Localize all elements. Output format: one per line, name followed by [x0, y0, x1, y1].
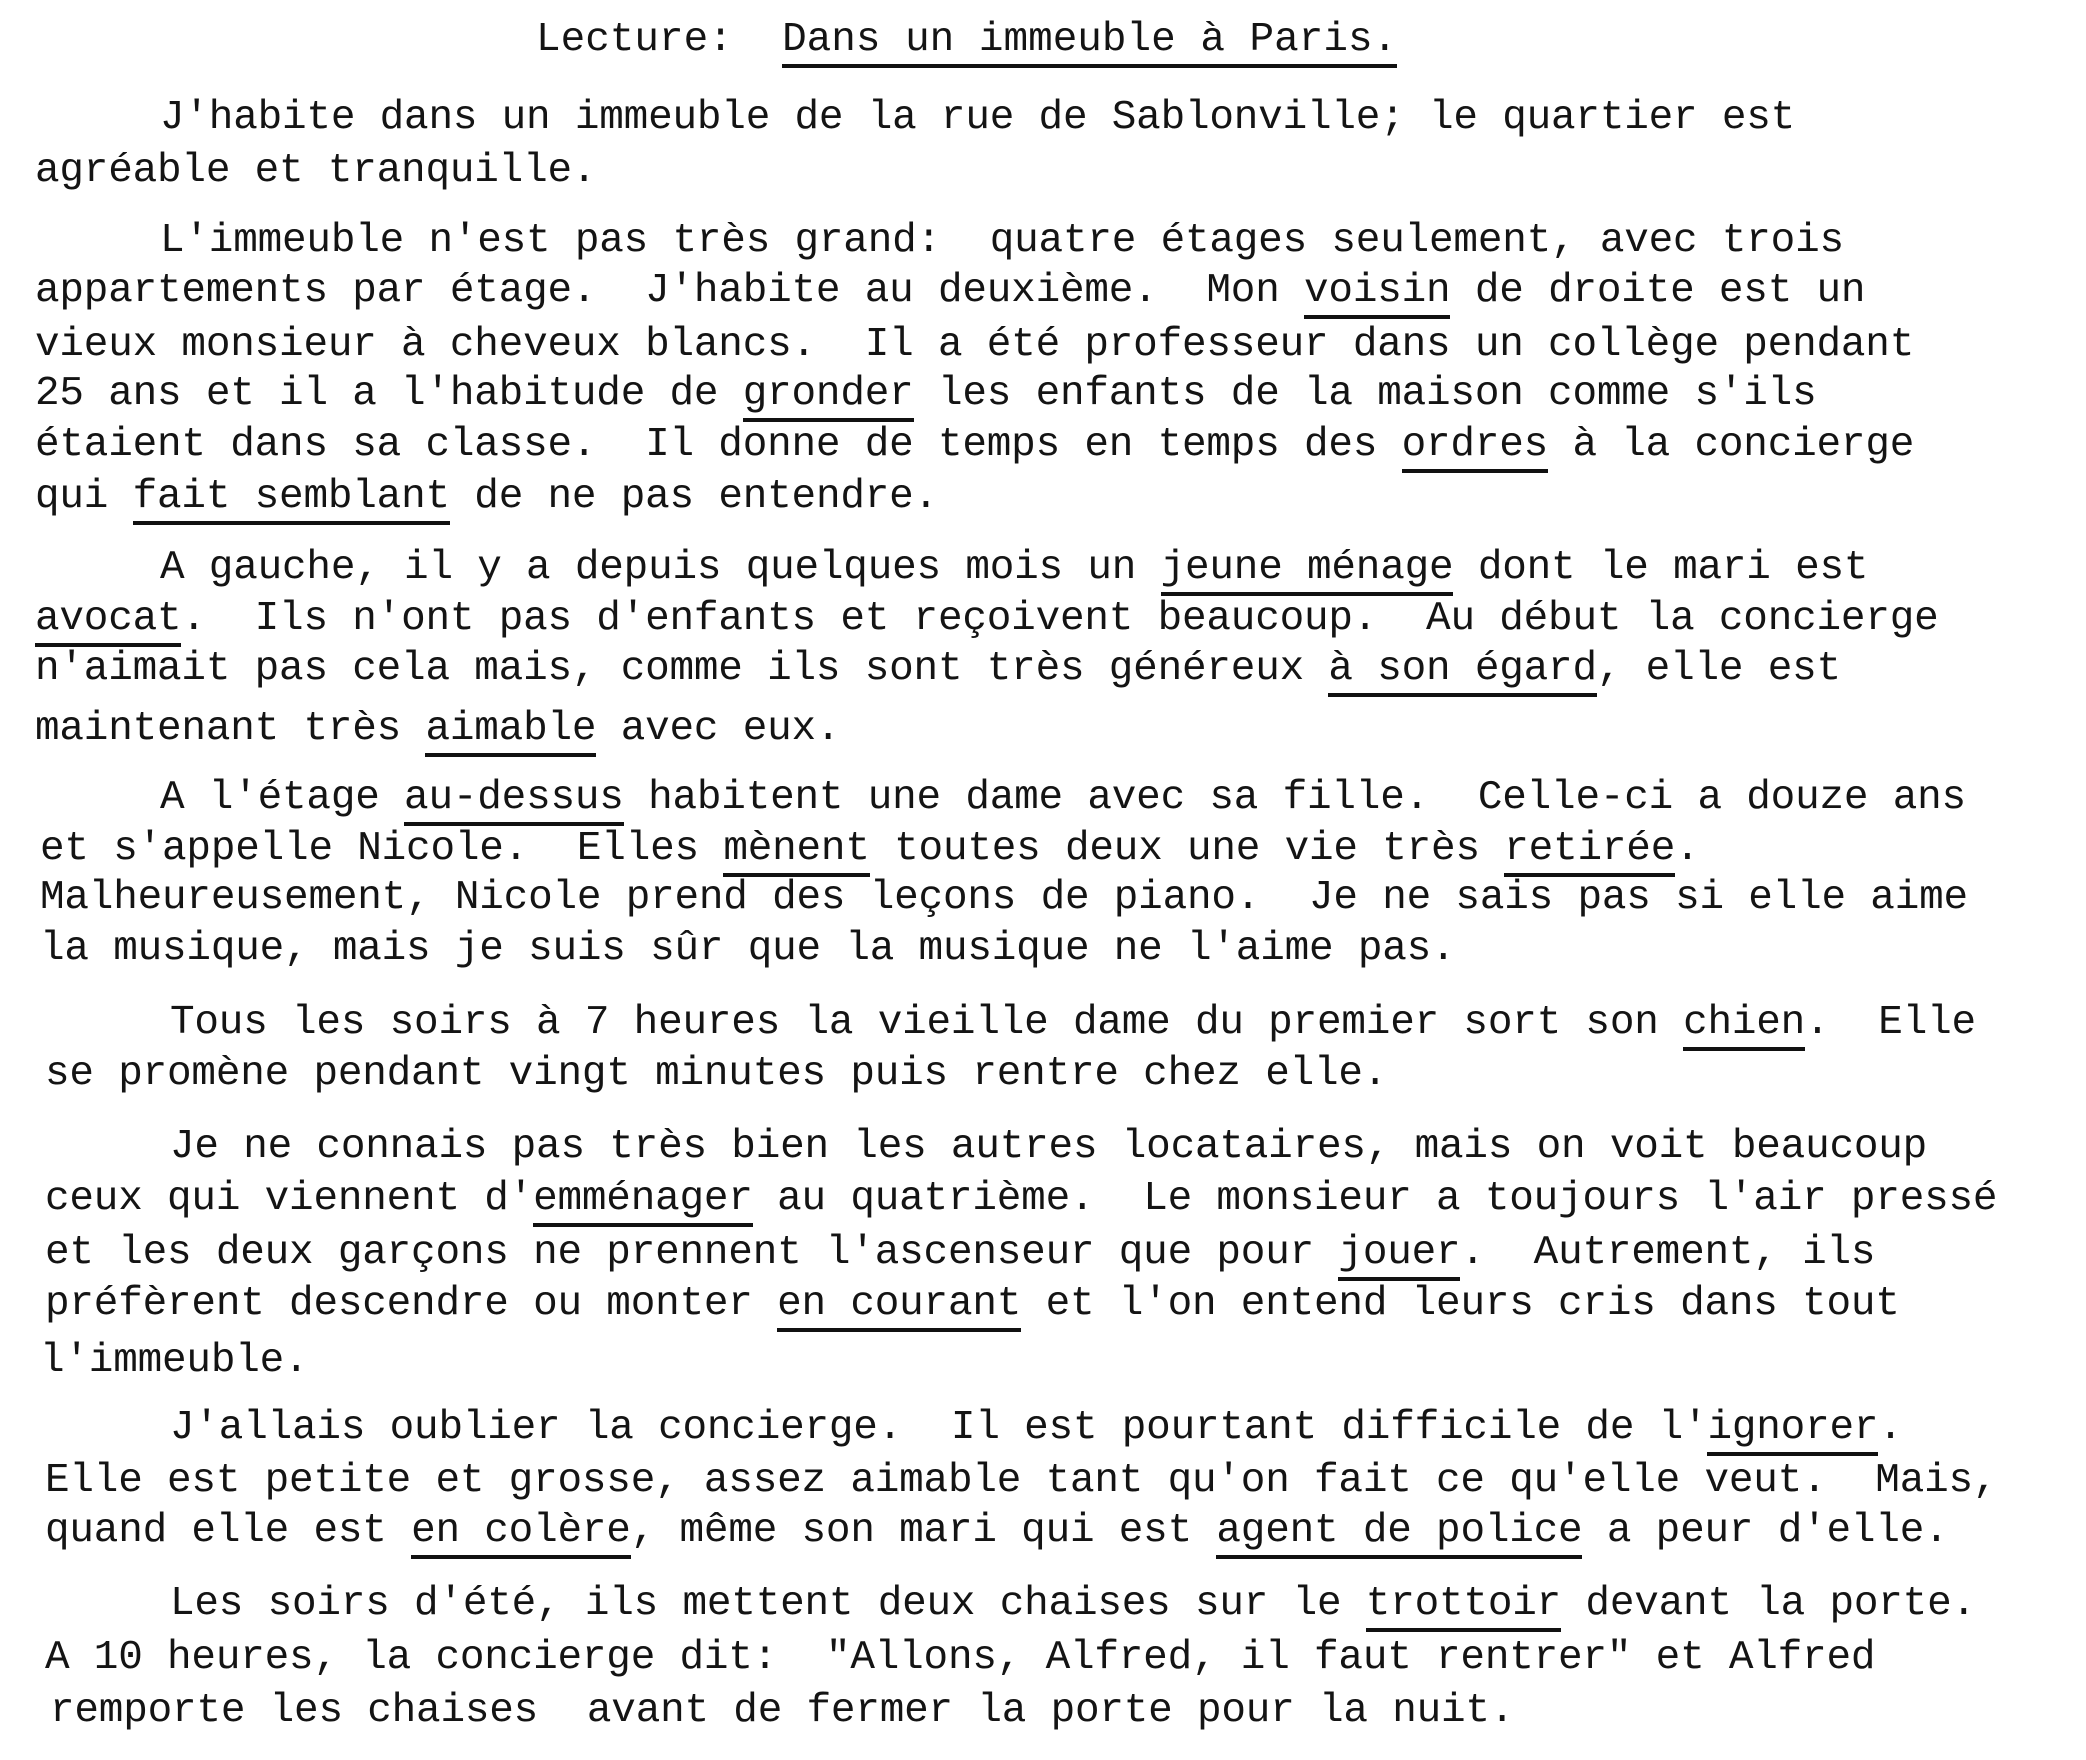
title-text: Dans un immeuble à Paris.: [782, 17, 1397, 68]
text-run: devant la porte.: [1561, 1581, 1976, 1627]
underlined-vocabulary-word: avocat: [35, 596, 181, 647]
text-run: vieux monsieur à cheveux blancs. Il a ét…: [35, 322, 1914, 368]
text-run: .: [1878, 1405, 1902, 1451]
text-run: se promène pendant vingt minutes puis re…: [45, 1051, 1387, 1097]
paragraph-line: et les deux garçons ne prennent l'ascens…: [45, 1228, 1875, 1278]
text-run: . Ils n'ont pas d'enfants et reçoivent b…: [181, 596, 1938, 642]
paragraph-line: ceux qui viennent d'emménager au quatriè…: [45, 1174, 1997, 1224]
paragraph-first-line: A gauche, il y a depuis quelques mois un…: [160, 543, 1868, 593]
paragraph-line: se promène pendant vingt minutes puis re…: [45, 1049, 1387, 1099]
text-run: remporte les chaises avant de fermer la …: [50, 1688, 1514, 1734]
paragraph-line: appartements par étage. J'habite au deux…: [35, 266, 1865, 316]
paragraph-first-line: L'immeuble n'est pas très grand: quatre …: [160, 216, 1844, 266]
text-run: maintenant très: [35, 706, 425, 752]
text-run: A l'étage: [160, 775, 404, 821]
underlined-vocabulary-word: en colère: [411, 1508, 631, 1559]
paragraph-first-line: Les soirs d'été, ils mettent deux chaise…: [170, 1579, 1976, 1629]
paragraph-first-line: J'allais oublier la concierge. Il est po…: [170, 1403, 1903, 1453]
paragraph-line: et s'appelle Nicole. Elles mènent toutes…: [40, 824, 1700, 874]
underlined-vocabulary-word: emménager: [533, 1176, 753, 1227]
paragraph-line: n'aimait pas cela mais, comme ils sont t…: [35, 644, 1841, 694]
underlined-vocabulary-word: mènent: [723, 826, 869, 877]
text-run: A 10 heures, la concierge dit: "Allons, …: [45, 1635, 1875, 1681]
underlined-vocabulary-word: voisin: [1304, 268, 1450, 319]
text-run: la musique, mais je suis sûr que la musi…: [40, 926, 1455, 972]
title-label: Lecture:: [536, 17, 733, 63]
underlined-vocabulary-word: chien: [1683, 1000, 1805, 1051]
paragraph-line: préfèrent descendre ou monter en courant…: [45, 1279, 1900, 1329]
text-run: de ne pas entendre.: [450, 474, 938, 520]
paragraph-line: 25 ans et il a l'habitude de gronder les…: [35, 369, 1817, 419]
underlined-vocabulary-word: jeune ménage: [1161, 545, 1454, 596]
text-run: habitent une dame avec sa fille. Celle-c…: [624, 775, 1966, 821]
text-run: à la concierge: [1548, 422, 1914, 468]
paragraph-first-line: J'habite dans un immeuble de la rue de S…: [160, 93, 1795, 143]
paragraph-line: l'immeuble.: [40, 1336, 308, 1386]
paragraph-line: vieux monsieur à cheveux blancs. Il a ét…: [35, 320, 1914, 370]
text-run: n'aimait pas cela mais, comme ils sont t…: [35, 646, 1328, 692]
paragraph-first-line: A l'étage au-dessus habitent une dame av…: [160, 773, 1966, 823]
paragraph-line: Elle est petite et grosse, assez aimable…: [45, 1456, 1997, 1506]
text-run: de droite est un: [1450, 268, 1865, 314]
text-run: A gauche, il y a depuis quelques mois un: [160, 545, 1161, 591]
paragraph-line: avocat. Ils n'ont pas d'enfants et reçoi…: [35, 594, 1939, 644]
underlined-vocabulary-word: ignorer: [1707, 1405, 1878, 1456]
document-title: Lecture: Dans un immeuble à Paris.: [536, 15, 1397, 65]
text-run: a peur d'elle.: [1582, 1508, 1948, 1554]
text-run: . Autrement, ils: [1460, 1230, 1875, 1276]
text-run: les enfants de la maison comme s'ils: [914, 371, 1817, 417]
paragraph-first-line: Tous les soirs à 7 heures la vieille dam…: [170, 998, 1976, 1048]
text-run: étaient dans sa classe. Il donne de temp…: [35, 422, 1402, 468]
text-run: et l'on entend leurs cris dans tout: [1021, 1281, 1900, 1327]
text-run: Malheureusement, Nicole prend des leçons…: [40, 875, 1968, 921]
underlined-vocabulary-word: gronder: [743, 371, 914, 422]
text-run: et les deux garçons ne prennent l'ascens…: [45, 1230, 1338, 1276]
paragraph-line: qui fait semblant de ne pas entendre.: [35, 472, 938, 522]
text-run: Elle est petite et grosse, assez aimable…: [45, 1458, 1997, 1504]
paragraph-line: remporte les chaises avant de fermer la …: [50, 1686, 1514, 1736]
paragraph-line: maintenant très aimable avec eux.: [35, 704, 840, 754]
text-run: L'immeuble n'est pas très grand: quatre …: [160, 218, 1844, 264]
underlined-vocabulary-word: trottoir: [1366, 1581, 1561, 1632]
text-run: dont le mari est: [1453, 545, 1868, 591]
text-run: l'immeuble.: [40, 1338, 308, 1384]
paragraph-line: A 10 heures, la concierge dit: "Allons, …: [45, 1633, 1875, 1683]
paragraph-line: quand elle est en colère, même son mari …: [45, 1506, 1949, 1556]
text-run: Tous les soirs à 7 heures la vieille dam…: [170, 1000, 1683, 1046]
underlined-vocabulary-word: fait semblant: [133, 474, 450, 525]
text-run: J'habite dans un immeuble de la rue de S…: [160, 95, 1795, 141]
underlined-vocabulary-word: au-dessus: [404, 775, 624, 826]
underlined-vocabulary-word: agent de police: [1216, 1508, 1582, 1559]
text-run: ceux qui viennent d': [45, 1176, 533, 1222]
text-run: . Elle: [1805, 1000, 1976, 1046]
paragraph-line: la musique, mais je suis sûr que la musi…: [40, 924, 1455, 974]
document-page: Lecture: Dans un immeuble à Paris. J'hab…: [0, 0, 2086, 1760]
underlined-vocabulary-word: retirée: [1504, 826, 1675, 877]
text-run: Je ne connais pas très bien les autres l…: [170, 1124, 1927, 1170]
text-run: .: [1675, 826, 1699, 872]
text-run: , elle est: [1597, 646, 1841, 692]
text-run: Les soirs d'été, ils mettent deux chaise…: [170, 1581, 1366, 1627]
text-run: qui: [35, 474, 133, 520]
underlined-vocabulary-word: aimable: [425, 706, 596, 757]
text-run: appartements par étage. J'habite au deux…: [35, 268, 1304, 314]
text-run: préfèrent descendre ou monter: [45, 1281, 777, 1327]
paragraph-line: Malheureusement, Nicole prend des leçons…: [40, 873, 1968, 923]
text-run: toutes deux une vie très: [870, 826, 1505, 872]
paragraph-line: agréable et tranquille.: [35, 146, 596, 196]
text-run: agréable et tranquille.: [35, 148, 596, 194]
text-run: 25 ans et il a l'habitude de: [35, 371, 743, 417]
underlined-vocabulary-word: en courant: [777, 1281, 1021, 1332]
underlined-vocabulary-word: ordres: [1402, 422, 1548, 473]
text-run: , même son mari qui est: [631, 1508, 1217, 1554]
text-run: au quatrième. Le monsieur a toujours l'a…: [753, 1176, 1998, 1222]
text-run: et s'appelle Nicole. Elles: [40, 826, 723, 872]
text-run: J'allais oublier la concierge. Il est po…: [170, 1405, 1707, 1451]
underlined-vocabulary-word: jouer: [1338, 1230, 1460, 1281]
paragraph-first-line: Je ne connais pas très bien les autres l…: [170, 1122, 1927, 1172]
text-run: avec eux.: [596, 706, 840, 752]
underlined-vocabulary-word: à son égard: [1328, 646, 1596, 697]
paragraph-line: étaient dans sa classe. Il donne de temp…: [35, 420, 1914, 470]
text-run: quand elle est: [45, 1508, 411, 1554]
